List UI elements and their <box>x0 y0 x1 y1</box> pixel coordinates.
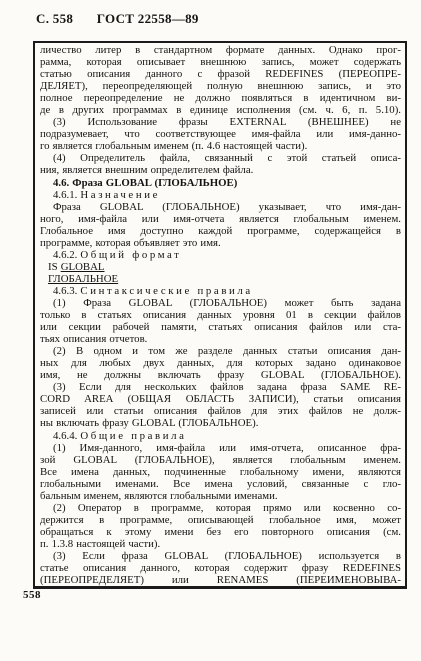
document-page: С. 558 ГОСТ 22558—89 личество литер в ст… <box>0 0 421 661</box>
text-segment: го является глобальным именем (п. 4.6 на… <box>40 140 307 152</box>
text-segment: полное переопределение не должно появлят… <box>40 92 401 104</box>
text-segment: CORD AREA (ОБЩАЯ ОБЛАСТЬ ЗАПИСИ), статьи… <box>40 393 401 405</box>
text-segment: имя, не должны включать фразу GLOBAL (ГЛ… <box>40 369 401 381</box>
text-segment: записей или статьи описания файлов для э… <box>40 405 401 417</box>
text-line: (4) Определитель файла, связанный с этой… <box>40 152 401 164</box>
text-segment: только в статьях описания данных уровня … <box>40 309 401 321</box>
text-segment: 4.6.1. <box>53 189 80 201</box>
text-line: (1) Фраза GLOBAL (ГЛОБАЛЬНОЕ) может быть… <box>40 297 401 309</box>
text-segment: Фраза GLOBAL (ГЛОБАЛЬНОЕ) указывает, что… <box>53 201 401 213</box>
text-line: бальным именем, являются глобальными име… <box>40 490 401 502</box>
text-segment: (3) Если фраза GLOBAL (ГЛОБАЛЬНОЕ) испол… <box>53 550 401 562</box>
text-line: подразумевает, что соответствующее имя-ф… <box>40 128 401 140</box>
text-line: держится в программе, описывающей глобал… <box>40 514 401 526</box>
text-line: 4.6. Фраза GLOBAL (ГЛОБАЛЬНОЕ) <box>40 177 401 189</box>
text-line: Глобальное имя доступно каждой программе… <box>40 225 401 237</box>
text-segment: (1) Фраза GLOBAL (ГЛОБАЛЬНОЕ) может быть… <box>53 297 401 309</box>
text-segment: 4.6.2. <box>53 249 80 261</box>
text-segment: IS <box>48 261 61 273</box>
spaced-heading: Назначение <box>80 189 160 201</box>
text-line: де в других программах в единице исполне… <box>40 104 401 116</box>
text-segment: личество литер в стандартном формате дан… <box>40 44 401 56</box>
text-segment: ны включать фразу GLOBAL (ГЛОБАЛЬНОЕ). <box>40 417 258 429</box>
text-line: личество литер в стандартном формате дан… <box>40 44 401 56</box>
spaced-heading: Общий формат <box>80 249 181 261</box>
spaced-heading: Синтаксические правила <box>80 285 252 297</box>
text-segment: ния, является внешним определителем файл… <box>40 164 253 176</box>
text-line: статье описания данного, которая содержи… <box>40 562 401 574</box>
text-line: только в статьях описания данных уровня … <box>40 309 401 321</box>
text-segment: тьях описания отчетов. <box>40 333 147 345</box>
text-segment: рамма, которая описывает внешнюю запись,… <box>40 56 401 68</box>
text-line: записей или статьи описания файлов для э… <box>40 405 401 417</box>
text-segment: (2) В одном и том же разделе данных стат… <box>53 345 401 357</box>
text-segment: бальным именем, являются глобальными име… <box>40 490 278 502</box>
text-line: рамма, которая описывает внешнюю запись,… <box>40 56 401 68</box>
text-line: (1) Имя-данного, имя-файла или имя-отчет… <box>40 442 401 454</box>
text-line: программе, которая объявляет это имя. <box>40 237 401 249</box>
text-line: обращаться к этому имени без его повторн… <box>40 526 401 538</box>
text-line: имя, не должны включать фразу GLOBAL (ГЛ… <box>40 369 401 381</box>
text-line: 4.6.4. Общие правила <box>40 430 401 442</box>
text-segment: Глобальное имя доступно каждой программе… <box>40 225 401 237</box>
text-line: ного, имя-файла или имя-отчета является … <box>40 213 401 225</box>
text-line: зой GLOBAL (ГЛОБАЛЬНОЕ), является глобал… <box>40 454 401 466</box>
text-line: Фраза GLOBAL (ГЛОБАЛЬНОЕ) указывает, что… <box>40 201 401 213</box>
text-segment: подразумевает, что соответствующее имя-ф… <box>40 128 401 140</box>
text-line: статью описания данного с фразой REDEFIN… <box>40 68 401 80</box>
section-heading: 4.6. Фраза GLOBAL (ГЛОБАЛЬНОЕ) <box>53 177 237 189</box>
text-segment: (3) Если для нескольких файлов задана фр… <box>53 381 401 393</box>
text-line: CORD AREA (ОБЩАЯ ОБЛАСТЬ ЗАПИСИ), статьи… <box>40 393 401 405</box>
text-segment: ных для любых двух данных, для которых з… <box>40 357 401 369</box>
text-line: тьях описания отчетов. <box>40 333 401 345</box>
text-segment: ного, имя-файла или имя-отчета является … <box>40 213 401 225</box>
text-segment: зой GLOBAL (ГЛОБАЛЬНОЕ), является глобал… <box>40 454 401 466</box>
text-line: ных для любых двух данных, для которых з… <box>40 357 401 369</box>
text-line: п. 1.3.8 настоящей части). <box>40 538 401 550</box>
text-segment: (4) Определитель файла, связанный с этой… <box>53 152 401 164</box>
text-segment: держится в программе, описывающей глобал… <box>40 514 401 526</box>
text-line: (3) Использование фразы EXTERNAL (ВНЕШНЕ… <box>40 116 401 128</box>
text-segment: или секции рабочей памяти, статьях описа… <box>40 321 401 333</box>
text-segment: обращаться к этому имени без его повторн… <box>40 526 401 538</box>
standard-number: ГОСТ 22558—89 <box>97 11 199 26</box>
text-line: ГЛОБАЛЬНОЕ <box>40 273 401 285</box>
underlined-keyword: GLOBAL <box>61 261 105 273</box>
page-number-label: С. 558 <box>36 11 73 26</box>
text-segment: п. 1.3.8 настоящей части). <box>40 538 160 550</box>
text-segment: программе, которая объявляет это имя. <box>40 237 221 249</box>
page-footer-number: 558 <box>23 589 41 601</box>
text-line: 4.6.2. Общий формат <box>40 249 401 261</box>
text-segment: Все имена данных, подчиненные глобальном… <box>40 466 401 478</box>
spaced-heading: Общие правила <box>80 430 186 442</box>
text-line: Все имена данных, подчиненные глобальном… <box>40 466 401 478</box>
text-segment: 4.6.4. <box>53 430 80 442</box>
text-line: го является глобальным именем (п. 4.6 на… <box>40 140 401 152</box>
text-segment: (ПЕРЕОПРЕДЕЛЯЕТ) или RENAMES (ПЕРЕИМЕНОВ… <box>40 574 401 586</box>
text-segment: де в других программах в единице исполне… <box>40 104 401 116</box>
text-segment: 4.6.3. <box>53 285 80 297</box>
text-line: IS GLOBAL <box>40 261 401 273</box>
text-line: ДЕЛЯЕТ), переопределяющей полную внешнюю… <box>40 80 401 92</box>
text-line: (ПЕРЕОПРЕДЕЛЯЕТ) или RENAMES (ПЕРЕИМЕНОВ… <box>40 574 401 586</box>
text-line: (2) В одном и том же разделе данных стат… <box>40 345 401 357</box>
text-line: (3) Если для нескольких файлов задана фр… <box>40 381 401 393</box>
page-header: С. 558 ГОСТ 22558—89 <box>36 11 199 27</box>
text-segment: статье описания данного, которая содержи… <box>40 562 401 574</box>
text-segment: статью описания данного с фразой REDEFIN… <box>40 68 401 80</box>
text-segment: ДЕЛЯЕТ), переопределяющей полную внешнюю… <box>40 80 401 92</box>
text-line: ния, является внешним определителем файл… <box>40 164 401 176</box>
underlined-keyword: ГЛОБАЛЬНОЕ <box>48 273 118 285</box>
text-line: 4.6.1. Назначение <box>40 189 401 201</box>
text-segment: (1) Имя-данного, имя-файла или имя-отчет… <box>53 442 401 454</box>
text-line: ны включать фразу GLOBAL (ГЛОБАЛЬНОЕ). <box>40 417 401 429</box>
text-segment: глобальными именами. Все имена условий, … <box>40 478 401 490</box>
text-segment: (2) Оператор в программе, которая прямо … <box>53 502 401 514</box>
text-line: (3) Если фраза GLOBAL (ГЛОБАЛЬНОЕ) испол… <box>40 550 401 562</box>
text-segment: (3) Использование фразы EXTERNAL (ВНЕШНЕ… <box>53 116 401 128</box>
text-line: полное переопределение не должно появлят… <box>40 92 401 104</box>
text-line: или секции рабочей памяти, статьях описа… <box>40 321 401 333</box>
text-line: 4.6.3. Синтаксические правила <box>40 285 401 297</box>
text-line: глобальными именами. Все имена условий, … <box>40 478 401 490</box>
text-line: (2) Оператор в программе, которая прямо … <box>40 502 401 514</box>
text-frame: личество литер в стандартном формате дан… <box>33 41 407 589</box>
